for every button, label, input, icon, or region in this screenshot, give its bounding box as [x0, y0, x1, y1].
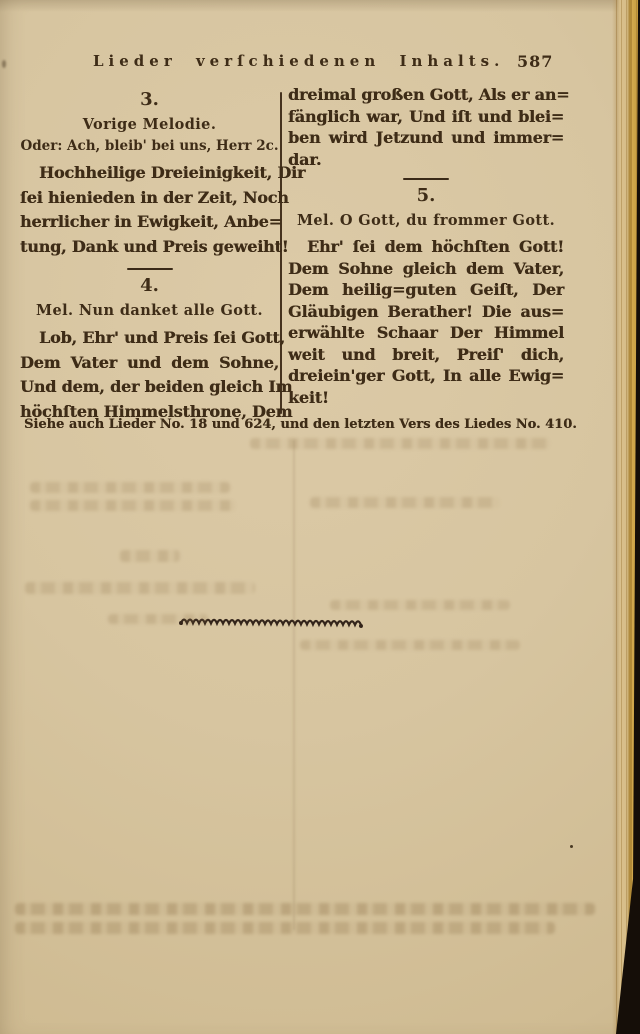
- hymn-5-verse: Ehr' ſei dem höchſten Gott! Dem Sohne gl…: [288, 236, 564, 408]
- dust-speck: [570, 845, 573, 848]
- section-divider-rule: [403, 178, 449, 180]
- bleed-through-line: [108, 614, 208, 624]
- hymn-4-verse: Lob, Ehr' und Preis ſei Gott, Dem Vater …: [20, 326, 279, 424]
- left-column: 3. Vorige Melodie. Oder: Ach, bleib' bei…: [20, 88, 279, 424]
- verse-line: Ehr' ſei dem höchſten Gott!: [288, 236, 564, 258]
- verse-line: weit und breit, Preiſ' dich,: [288, 344, 564, 366]
- right-column: dreimal großen Gott, Als er an= fänglich…: [288, 84, 564, 408]
- bleed-through-line: [330, 600, 510, 610]
- verse-line: dar.: [288, 149, 564, 171]
- bleed-through-line: [25, 582, 255, 594]
- cross-reference-footnote: Siehe auch Lieder No. 18 und 624, und de…: [24, 417, 584, 432]
- verse-line: dreimal großen Gott, Als er an=: [288, 84, 564, 106]
- running-header-title: Lieder verſchiedenen Inhalts.: [93, 52, 504, 70]
- verse-line: ben wird Jetzund und immer=: [288, 127, 564, 149]
- hymn-4-melody-label: Mel. Nun danket alle Gott.: [20, 302, 279, 319]
- verse-line: tung, Dank und Preis geweiht!: [20, 235, 279, 260]
- hymn-3-alt-melody-label: Oder: Ach, bleib' bei uns, Herr 2c.: [20, 138, 279, 154]
- hymn-5-number: 5.: [288, 184, 564, 208]
- bleed-through-line: [120, 550, 180, 562]
- bleed-through-line: [30, 482, 230, 493]
- hymn-3-verse: Hochheilige Dreieinigkeit, Dir ſei hieni…: [20, 161, 279, 259]
- dust-speck: [2, 60, 6, 68]
- bleed-through-line: [300, 640, 520, 650]
- verse-line: keit!: [288, 387, 564, 409]
- verse-line: Und dem, der beiden gleich Im: [20, 375, 279, 400]
- hymn-5-melody-label: Mel. O Gott, du frommer Gott.: [288, 212, 564, 229]
- verse-line: Dem Vater und dem Sohne,: [20, 351, 279, 376]
- bleed-through-line: [310, 497, 500, 508]
- book-page: Lieder verſchiedenen Inhalts. 587 3. Vor…: [0, 0, 640, 1034]
- verse-line: fänglich war, Und iſt und blei=: [288, 106, 564, 128]
- bleed-through-line: [30, 500, 235, 511]
- verse-line: Lob, Ehr' und Preis ſei Gott,: [20, 326, 279, 351]
- verse-line: Dem Sohne gleich dem Vater,: [288, 258, 564, 280]
- bleed-through-column-rule: [293, 440, 295, 930]
- hymn-4-verse-continuation: dreimal großen Gott, Als er an= fänglich…: [288, 84, 564, 170]
- verse-line: Hochheilige Dreieinigkeit, Dir: [20, 161, 279, 186]
- section-divider-rule: [127, 268, 173, 270]
- verse-line: erwählte Schaar Der Himmel: [288, 322, 564, 344]
- bleed-through-line: [250, 438, 550, 449]
- verse-line: Gläubigen Berather! Die aus=: [288, 301, 564, 323]
- verse-line: ſei hienieden in der Zeit, Noch: [20, 186, 279, 211]
- bleed-through-line: [15, 922, 555, 934]
- hymn-3-melody-label: Vorige Melodie.: [20, 116, 279, 133]
- verse-line: herrlicher in Ewigkeit, Anbe=: [20, 210, 279, 235]
- hymn-4-number: 4.: [20, 274, 279, 298]
- bleed-through-line: [15, 903, 595, 915]
- verse-line: dreiein'ger Gott, In alle Ewig=: [288, 365, 564, 387]
- verse-line: Dem heilig=guten Geiſt, Der: [288, 279, 564, 301]
- page-number: 587: [517, 52, 553, 71]
- hymn-3-number: 3.: [20, 88, 279, 112]
